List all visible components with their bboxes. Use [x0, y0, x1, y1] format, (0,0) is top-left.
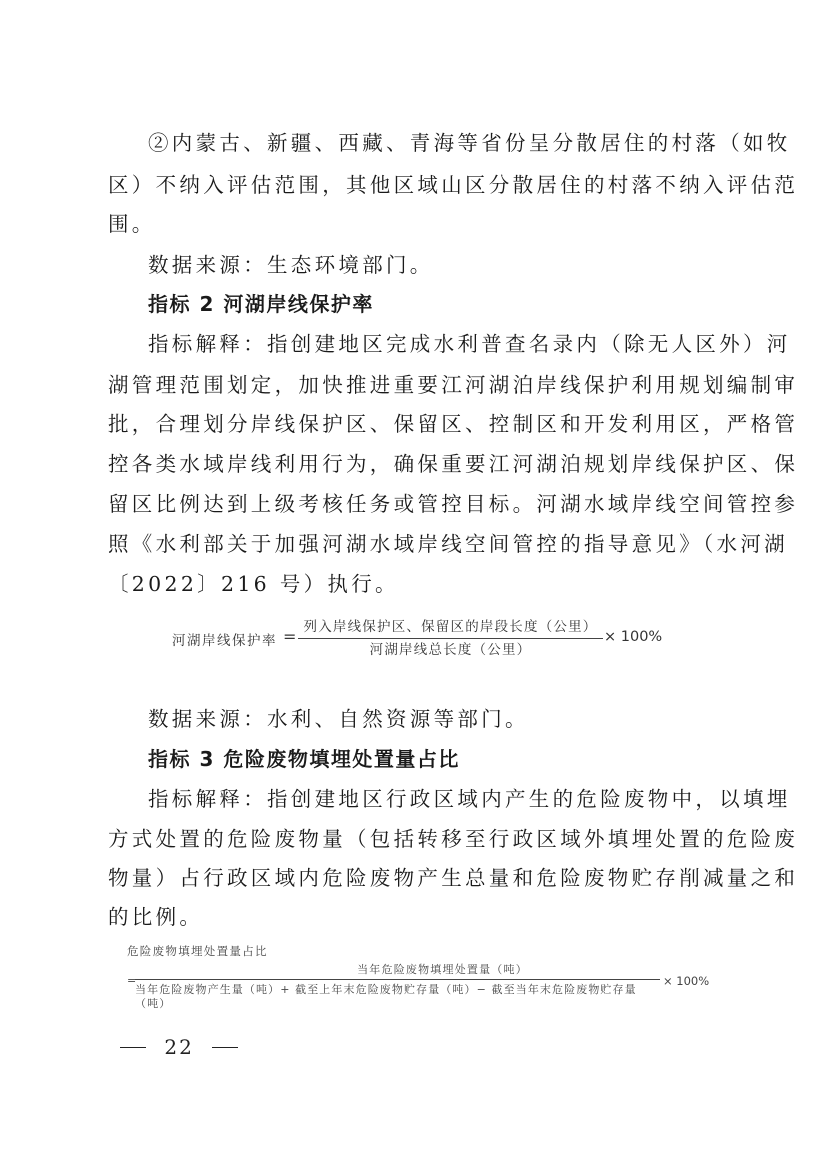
formula-numerator: 当年危险废物填埋处置量（吨） — [135, 963, 660, 977]
explanation-line: 指标解释：指创建地区完成水利普查名录内（除无人区外）河 — [148, 330, 720, 358]
data-source-text: 数据来源：生态环境部门。 — [148, 251, 720, 279]
page-number: 22 — [110, 1035, 248, 1059]
paragraph-line: 围。 — [108, 210, 720, 238]
formula-multiplier: × 100% — [604, 629, 662, 645]
explanation-line: 〔2022〕216 号）执行。 — [108, 570, 720, 598]
dash-right — [212, 1047, 238, 1048]
formula-denominator: 当年危险废物产生量（吨）+ 截至上年末危险废物贮存量（吨）− 截至当年末危险废物… — [135, 983, 660, 1011]
formula-multiplier: × 100% — [663, 974, 709, 988]
formula-lhs: 危险废物填埋处置量占比 — [127, 943, 268, 959]
explanation-line: 方式处置的危险废物量（包括转移至行政区域外填埋处置的危险废 — [108, 825, 720, 853]
paragraph-line: 区）不纳入评估范围，其他区域山区分散居住的村落不纳入评估范 — [108, 171, 720, 199]
fraction-bar — [135, 979, 660, 980]
explanation-line: 的比例。 — [108, 903, 720, 931]
explanation-line: 照《水利部关于加强河湖水域岸线空间管控的指导意见》（水河湖 — [108, 530, 720, 558]
dash-left — [120, 1047, 146, 1048]
formula-numerator: 列入岸线保护区、保留区的岸段长度（公里） — [298, 618, 603, 636]
explanation-line: 指标解释：指创建地区行政区域内产生的危险废物中，以填埋 — [148, 785, 720, 813]
indicator-2-heading: 指标 2 河湖岸线保护率 — [148, 290, 720, 318]
explanation-line: 留区比例达到上级考核任务或管控目标。河湖水域岸线空间管控参 — [108, 490, 720, 518]
formula-fraction: 当年危险废物填埋处置量（吨） 当年危险废物产生量（吨）+ 截至上年末危险废物贮存… — [135, 963, 660, 1011]
data-source-text: 数据来源：水利、自然资源等部门。 — [148, 705, 720, 733]
formula-denominator: 河湖岸线总长度（公里） — [298, 641, 603, 659]
explanation-line: 批，合理划分岸线保护区、保留区、控制区和开发利用区，严格管 — [108, 410, 720, 438]
explanation-line: 物量）占行政区域内危险废物产生总量和危险废物贮存削减量之和 — [108, 864, 720, 892]
fraction-bar — [298, 638, 603, 639]
indicator-3-heading: 指标 3 危险废物填埋处置量占比 — [148, 745, 720, 773]
explanation-line: 湖管理范围划定，加快推进重要江河湖泊岸线保护利用规划编制审 — [108, 371, 720, 399]
explanation-line: 控各类水域岸线利用行为，确保重要江河湖泊规划岸线保护区、保 — [108, 450, 720, 478]
document-page: ②内蒙古、新疆、西藏、青海等省份呈分散居住的村落（如牧 区）不纳入评估范围，其他… — [0, 0, 826, 1169]
paragraph-line: ②内蒙古、新疆、西藏、青海等省份呈分散居住的村落（如牧 — [148, 129, 720, 157]
formula-fraction: 列入岸线保护区、保留区的岸段长度（公里） 河湖岸线总长度（公里） — [298, 618, 603, 659]
page-number-text: 22 — [164, 1035, 193, 1059]
formula-equals: = — [283, 627, 298, 646]
formula-lhs: 河湖岸线保护率 — [172, 629, 277, 649]
